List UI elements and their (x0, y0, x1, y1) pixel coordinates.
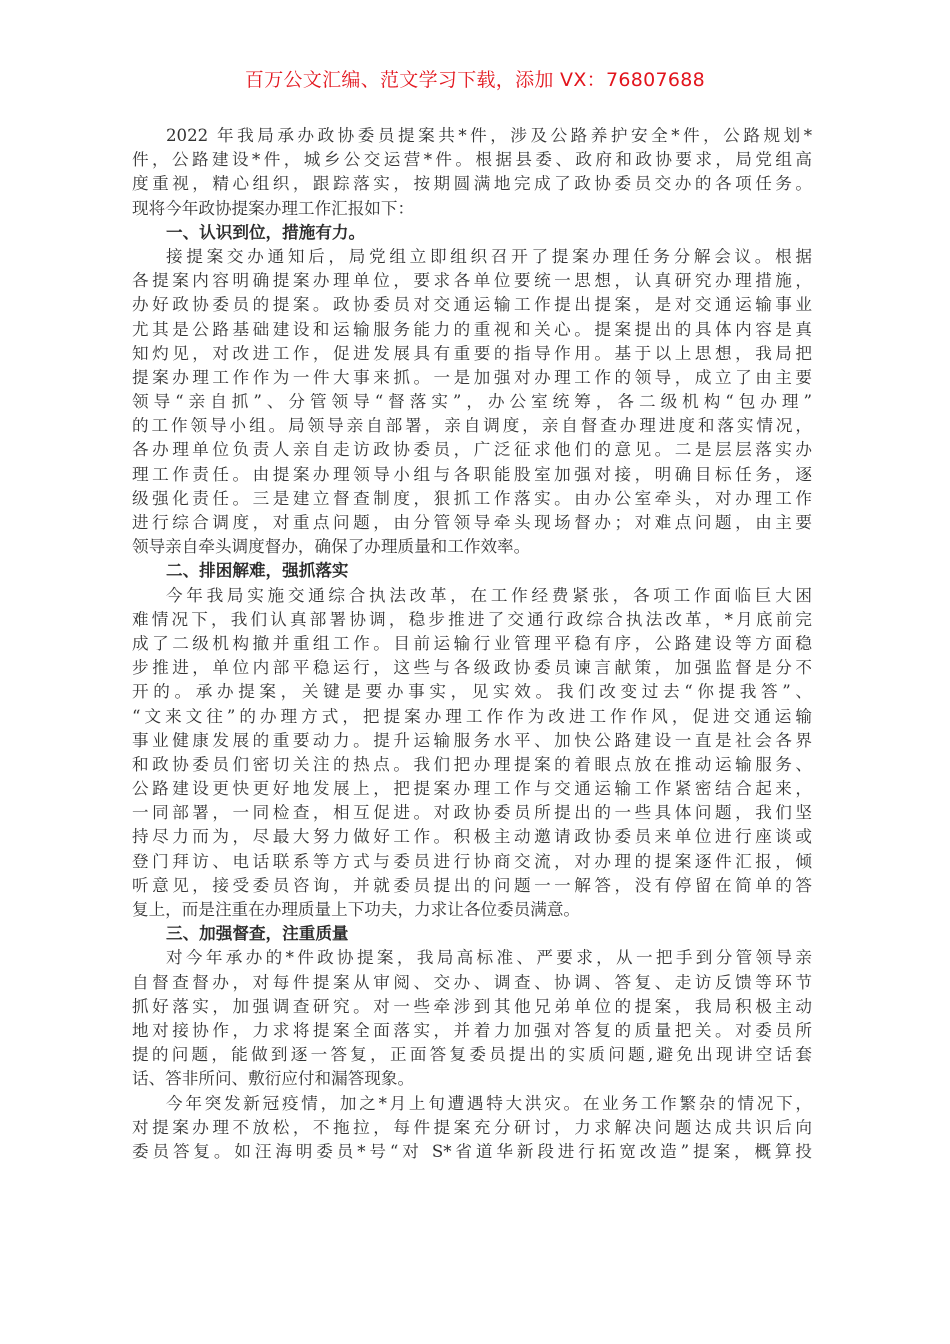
paragraph-line: 的工作领导小组。局领导亲自部署，亲自调度，亲自督查办理进度和落实情况， (132, 414, 812, 438)
paragraph-line: 办好政协委员的提案。政协委员对交通运输工作提出提案，是对交通运输事业 (132, 293, 812, 317)
paragraph-line: 进行综合调度，对重点问题，由分管领导牵头现场督办；对难点问题，由主要 (132, 511, 812, 535)
paragraph-line: “文来文往”的办理方式，把提案办理工作作为改进工作作风，促进交通运输 (132, 705, 812, 729)
paragraph-line: 登门拜访、电话联系等方式与委员进行协商交流，对办理的提案逐件汇报，倾 (132, 850, 812, 874)
paragraph-line: 提的问题，能做到逐一答复，正面答复委员提出的实质问题,避免出现讲空话套 (132, 1043, 812, 1067)
paragraph-line: 领导亲自牵头调度督办，确保了办理质量和工作效率。 (132, 535, 812, 559)
paragraph-line: 对今年承办的*件政协提案，我局高标准、严要求，从一把手到分管领导亲 (132, 946, 812, 970)
paragraph-line: 开的。承办提案，关键是要办事实，见实效。我们改变过去“你提我答”、 (132, 680, 812, 704)
paragraph-line: 一同部署，一同检查，相互促进。对政协委员所提出的一些具体问题，我们坚 (132, 801, 812, 825)
paragraph-line: 难情况下，我们认真部署协调，稳步推进了交通行政综合执法改革，*月底前完 (132, 608, 812, 632)
document-page: 百万公文汇编、范文学习下载，添加 VX：76807688 2022 年我局承办政… (0, 0, 950, 1344)
paragraph-line: 今年突发新冠疫情，加之*月上旬遭遇特大洪灾。在业务工作繁杂的情况下， (132, 1092, 812, 1116)
paragraph-line: 各提案内容明确提案办理单位，要求各单位要统一思想，认真研究办理措施， (132, 269, 812, 293)
paragraph-line: 地对接协作，力求将提案全面落实，并着力加强对答复的质量把关。对委员所 (132, 1019, 812, 1043)
paragraph-line: 今年我局实施交通综合执法改革，在工作经费紧张，各项工作面临巨大困 (132, 584, 812, 608)
paragraph-line: 自督查督办，对每件提案从审阅、交办、调查、协调、答复、走访反馈等环节 (132, 971, 812, 995)
paragraph-line: 现将今年政协提案办理工作汇报如下： (132, 197, 812, 221)
section-heading-1: 一、认识到位，措施有力。 (132, 221, 812, 245)
paragraph-line: 各办理单位负责人亲自走访政协委员，广泛征求他们的意见。二是层层落实办 (132, 438, 812, 462)
paragraph-line: 接提案交办通知后，局党组立即组织召开了提案办理任务分解会议。根据 (132, 245, 812, 269)
paragraph-line: 对提案办理不放松，不拖拉，每件提案充分研讨，力求解决问题达成共识后向 (132, 1116, 812, 1140)
paragraph-line: 2022 年我局承办政协委员提案共*件，涉及公路养护安全*件，公路规划* (132, 124, 812, 148)
paragraph-line: 复上，而是注重在办理质量上下功夫，力求让各位委员满意。 (132, 898, 812, 922)
paragraph-line: 件，公路建设*件，城乡公交运营*件。根据县委、政府和政协要求，局党组高 (132, 148, 812, 172)
watermark-banner: 百万公文汇编、范文学习下载，添加 VX：76807688 (0, 66, 950, 94)
paragraph-line: 领导“亲自抓”、分管领导“督落实”，办公室统筹，各二级机构“包办理” (132, 390, 812, 414)
paragraph-line: 听意见，接受委员咨询，并就委员提出的问题一一解答，没有停留在简单的答 (132, 874, 812, 898)
paragraph-line: 成了二级机构撤并重组工作。目前运输行业管理平稳有序，公路建设等方面稳 (132, 632, 812, 656)
paragraph-line: 提案办理工作作为一件大事来抓。一是加强对办理工作的领导，成立了由主要 (132, 366, 812, 390)
paragraph-line: 知灼见，对改进工作，促进发展具有重要的指导作用。基于以上思想，我局把 (132, 342, 812, 366)
paragraph-line: 和政协委员们密切关注的热点。我们把办理提案的着眼点放在推动运输服务、 (132, 753, 812, 777)
paragraph-line: 度重视，精心组织，跟踪落实，按期圆满地完成了政协委员交办的各项任务。 (132, 172, 812, 196)
paragraph-line: 步推进，单位内部平稳运行，这些与各级政协委员谏言献策，加强监督是分不 (132, 656, 812, 680)
paragraph-line: 事业健康发展的重要动力。提升运输服务水平、加快公路建设一直是社会各界 (132, 729, 812, 753)
paragraph-line: 尤其是公路基础建设和运输服务能力的重视和关心。提案提出的具体内容是真 (132, 318, 812, 342)
paragraph-line: 委员答复。如汪海明委员*号“对 S*省道华新段进行拓宽改造”提案，概算投 (132, 1140, 812, 1164)
paragraph-line: 理工作责任。由提案办理领导小组与各职能股室加强对接，明确目标任务，逐 (132, 463, 812, 487)
paragraph-line: 持尽力而为，尽最大努力做好工作。积极主动邀请政协委员来单位进行座谈或 (132, 825, 812, 849)
paragraph-line: 话、答非所问、敷衍应付和漏答现象。 (132, 1067, 812, 1091)
section-heading-2: 二、排困解难，强抓落实 (132, 559, 812, 583)
paragraph-line: 级强化责任。三是建立督查制度，狠抓工作落实。由办公室牵头，对办理工作 (132, 487, 812, 511)
paragraph-line: 抓好落实，加强调查研究。对一些牵涉到其他兄弟单位的提案，我局积极主动 (132, 995, 812, 1019)
section-heading-3: 三、加强督查，注重质量 (132, 922, 812, 946)
paragraph-line: 公路建设更快更好地发展上，把提案办理工作与交通运输工作紧密结合起来， (132, 777, 812, 801)
document-body: 2022 年我局承办政协委员提案共*件，涉及公路养护安全*件，公路规划* 件，公… (132, 124, 812, 1164)
